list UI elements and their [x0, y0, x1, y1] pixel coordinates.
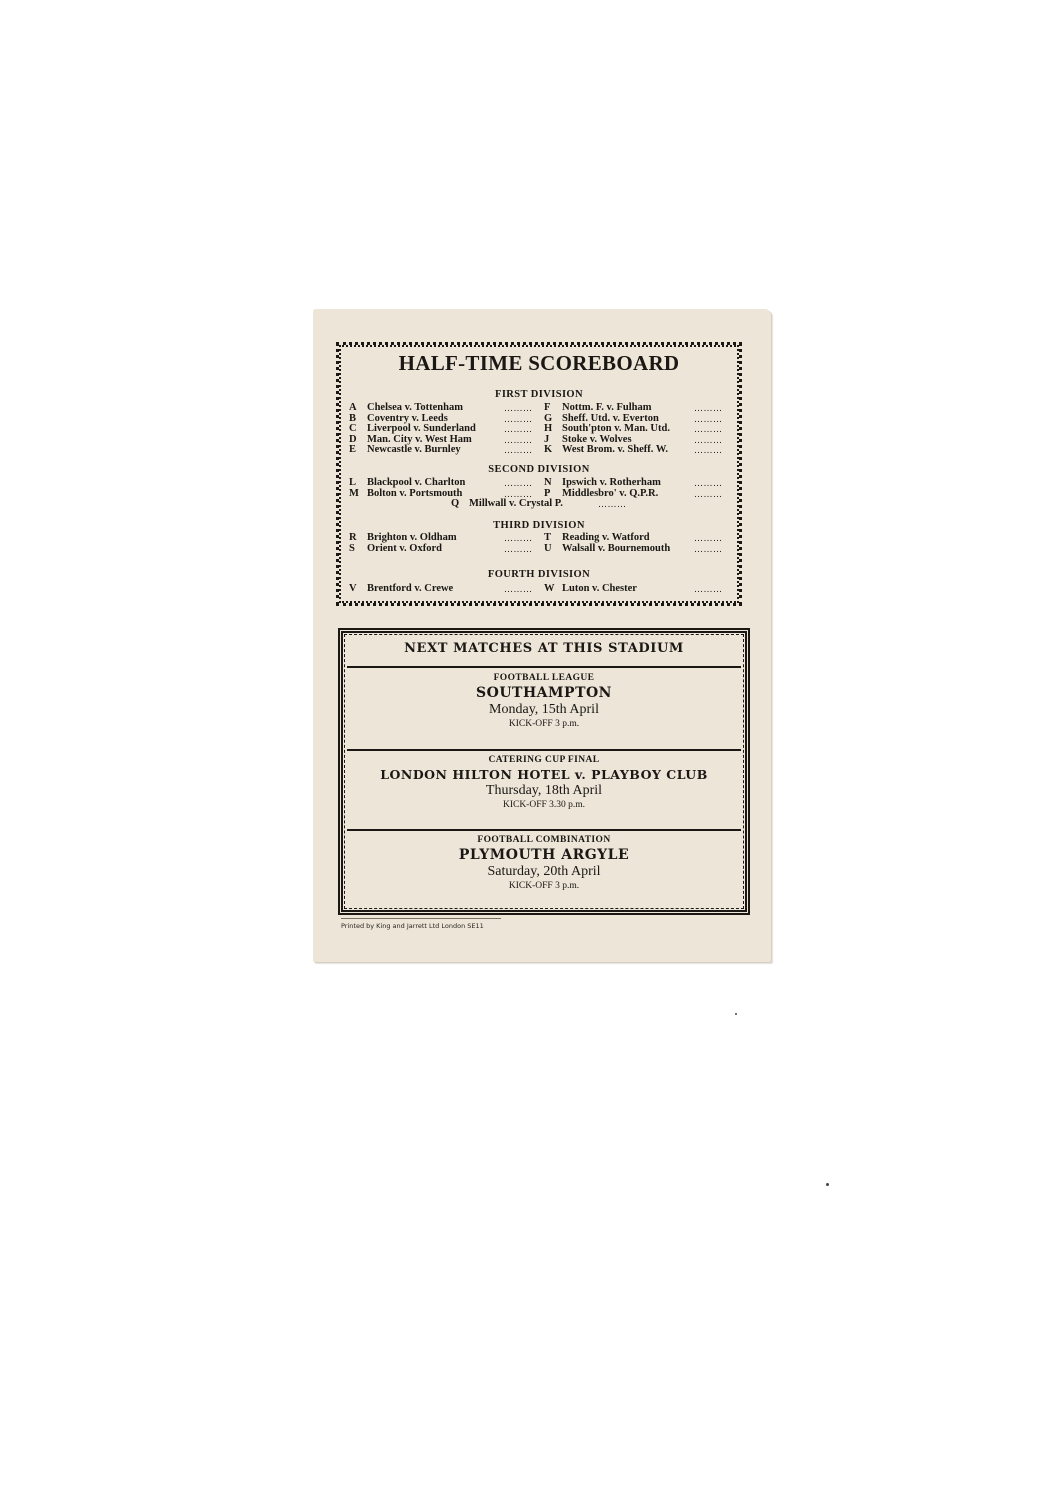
- scoreboard-title: HALF-TIME SCOREBOARD: [339, 351, 739, 376]
- score-blank: ………: [504, 414, 533, 425]
- fixture-match: Chelsea v. Tottenham: [367, 402, 463, 413]
- match-competition: CATERING CUP FINAL: [343, 755, 745, 765]
- match-opponent: LONDON HILTON HOTEL v. PLAYBOY CLUB: [343, 767, 745, 782]
- score-blank: ………: [504, 445, 533, 456]
- fixture-match: South'pton v. Man. Utd.: [562, 423, 670, 434]
- fixture-match: Middlesbro' v. Q.P.R.: [562, 488, 658, 499]
- fixture-letter: E: [349, 445, 367, 456]
- fixture-row: QMillwall v. Crystal P.………: [451, 499, 563, 510]
- match-competition: FOOTBALL LEAGUE: [343, 673, 745, 683]
- match-opponent: SOUTHAMPTON: [343, 685, 745, 701]
- score-blank: ………: [504, 403, 533, 414]
- fixture-letter: W: [544, 584, 562, 595]
- paper-speck: [826, 1183, 829, 1186]
- score-blank: ………: [694, 424, 723, 435]
- match-date: Saturday, 20th April: [343, 864, 745, 880]
- score-blank: ………: [504, 424, 533, 435]
- fixture-letter: K: [544, 445, 562, 456]
- fixture-letter: N: [544, 478, 562, 489]
- fixture-row: ENewcastle v. Burnley………: [349, 445, 461, 456]
- division-heading-second: SECOND DIVISION: [339, 464, 739, 475]
- score-blank: ………: [694, 489, 723, 500]
- fixture-row: UWalsall v. Bournemouth………: [544, 544, 670, 555]
- division-heading-third: THIRD DIVISION: [339, 520, 739, 531]
- match-item: FOOTBALL LEAGUE SOUTHAMPTON Monday, 15th…: [343, 673, 745, 729]
- score-blank: ………: [694, 403, 723, 414]
- fixture-row: SOrient v. Oxford………: [349, 544, 442, 555]
- score-blank: ………: [504, 544, 533, 555]
- match-kickoff: KICK-OFF 3 p.m.: [343, 719, 745, 729]
- fixture-match: Liverpool v. Sunderland: [367, 423, 476, 434]
- fixture-letter: S: [349, 544, 367, 555]
- match-competition: FOOTBALL COMBINATION: [343, 835, 745, 845]
- next-matches-box: NEXT MATCHES AT THIS STADIUM FOOTBALL LE…: [338, 628, 750, 915]
- fixture-letter: F: [544, 403, 562, 414]
- score-blank: ………: [694, 414, 723, 425]
- fixture-letter: U: [544, 544, 562, 555]
- fixture-letter: A: [349, 403, 367, 414]
- match-date: Thursday, 18th April: [343, 783, 745, 799]
- divider: [347, 749, 741, 751]
- next-matches-title: NEXT MATCHES AT THIS STADIUM: [343, 641, 745, 656]
- score-blank: ………: [504, 435, 533, 446]
- match-item: CATERING CUP FINAL LONDON HILTON HOTEL v…: [343, 755, 745, 810]
- fixture-match: Sheff. Utd. v. Everton: [562, 413, 659, 424]
- fixture-letter: R: [349, 533, 367, 544]
- score-blank: ………: [504, 584, 533, 595]
- score-blank: ………: [694, 435, 723, 446]
- score-blank: ………: [694, 478, 723, 489]
- paper-speck: [735, 1013, 737, 1015]
- fixture-row: KWest Brom. v. Sheff. W.………: [544, 445, 668, 456]
- fixture-letter: Q: [451, 499, 469, 510]
- fixture-match: Reading v. Watford: [562, 532, 650, 543]
- score-blank: ………: [504, 478, 533, 489]
- printer-credit: Printed by King and Jarrett Ltd London S…: [341, 922, 484, 930]
- match-item: FOOTBALL COMBINATION PLYMOUTH ARGYLE Sat…: [343, 835, 745, 891]
- fixture-match: Brentford v. Crewe: [367, 583, 453, 594]
- match-date: Monday, 15th April: [343, 702, 745, 718]
- half-time-scoreboard: HALF-TIME SCOREBOARD FIRST DIVISION AChe…: [336, 342, 742, 606]
- fixture-match: Millwall v. Crystal P.: [469, 498, 563, 509]
- score-blank: ………: [598, 499, 627, 510]
- fixture-letter: L: [349, 478, 367, 489]
- fixture-letter: T: [544, 533, 562, 544]
- fixture-match: Ipswich v. Rotherham: [562, 477, 661, 488]
- fixture-match: Stoke v. Wolves: [562, 434, 632, 445]
- fixture-row: MBolton v. Portsmouth………: [349, 489, 462, 500]
- divider: [341, 918, 501, 919]
- fixture-letter: H: [544, 424, 562, 435]
- fixture-match: Blackpool v. Charlton: [367, 477, 465, 488]
- fixture-row: VBrentford v. Crewe………: [349, 584, 453, 595]
- division-heading-fourth: FOURTH DIVISION: [339, 569, 739, 580]
- fixture-match: Luton v. Chester: [562, 583, 637, 594]
- score-blank: ………: [694, 533, 723, 544]
- fixture-letter: M: [349, 489, 367, 500]
- fixture-match: Newcastle v. Burnley: [367, 444, 461, 455]
- score-blank: ………: [694, 445, 723, 456]
- match-kickoff: KICK-OFF 3 p.m.: [343, 881, 745, 891]
- fixture-match: Brighton v. Oldham: [367, 532, 457, 543]
- fixture-letter: C: [349, 424, 367, 435]
- match-kickoff: KICK-OFF 3.30 p.m.: [343, 800, 745, 810]
- score-blank: ………: [694, 584, 723, 595]
- fixture-match: Orient v. Oxford: [367, 543, 442, 554]
- fixture-match: Man. City v. West Ham: [367, 434, 472, 445]
- divider: [347, 829, 741, 831]
- fixture-match: West Brom. v. Sheff. W.: [562, 444, 668, 455]
- fixture-letter: V: [349, 584, 367, 595]
- fixture-match: Coventry v. Leeds: [367, 413, 448, 424]
- divider: [347, 666, 741, 668]
- fixture-match: Bolton v. Portsmouth: [367, 488, 462, 499]
- match-opponent: PLYMOUTH ARGYLE: [343, 847, 745, 863]
- fixture-row: WLuton v. Chester………: [544, 584, 637, 595]
- fixture-match: Walsall v. Bournemouth: [562, 543, 670, 554]
- fixture-match: Nottm. F. v. Fulham: [562, 402, 651, 413]
- score-blank: ………: [504, 533, 533, 544]
- score-blank: ………: [694, 544, 723, 555]
- division-heading-first: FIRST DIVISION: [339, 389, 739, 400]
